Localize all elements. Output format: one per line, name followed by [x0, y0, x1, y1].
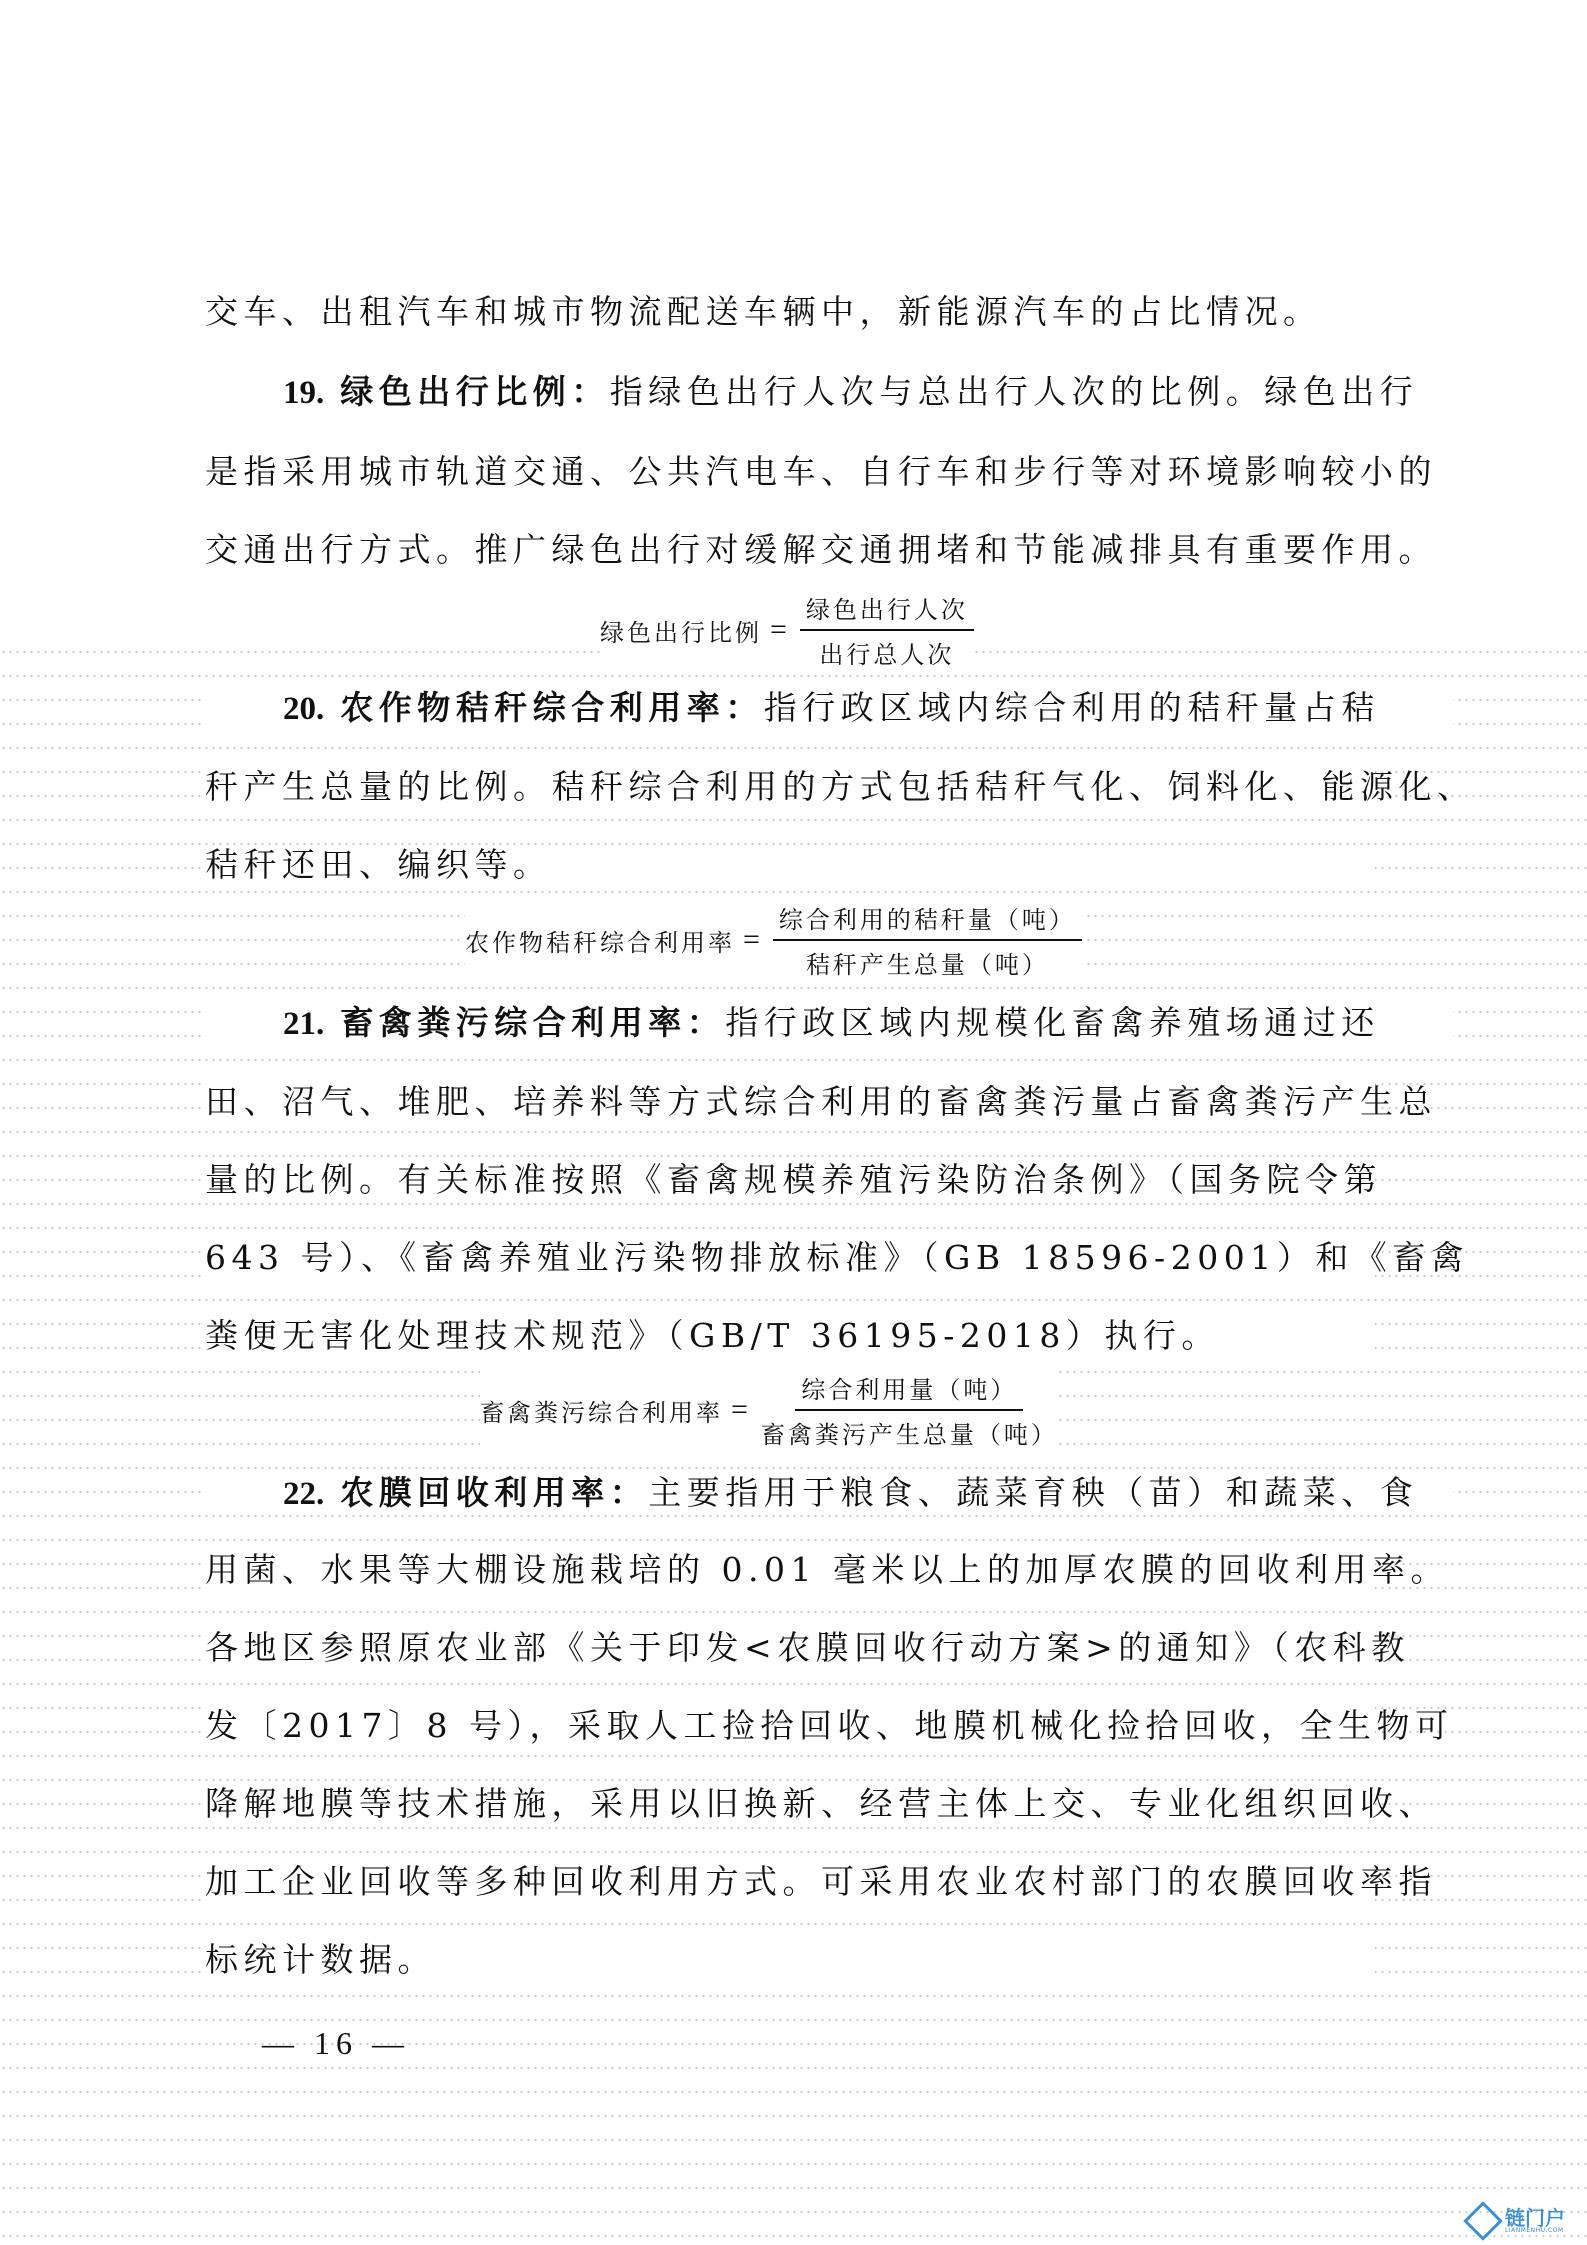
section-number: 19. [283, 375, 324, 411]
section-22-heading-line: 22. 农膜回收利用率：主要指用于粮食、蔬菜育秧（苗）和蔬菜、食 [205, 1473, 1453, 1514]
section-title: 农膜回收利用率： [340, 1473, 648, 1512]
section-number: 21. [283, 1006, 324, 1042]
denominator: 秸秆产生总量（吨） [806, 941, 1049, 980]
paragraph-line: 田、沼气、堆肥、培养料等方式综合利用的畜禽粪污量占畜禽粪污产生总 [205, 1082, 1375, 1122]
numerator: 综合利用量（吨） [795, 1370, 1023, 1411]
formula-manure-utilization: 畜禽粪污综合利用率 = 综合利用量（吨） 畜禽粪污产生总量（吨） [480, 1370, 1058, 1450]
formula-straw-utilization: 农作物秸秆综合利用率 = 综合利用的秸秆量（吨） 秸秆产生总量（吨） [465, 900, 1082, 980]
denominator: 畜禽粪污产生总量（吨） [761, 1411, 1058, 1450]
formula-green-travel: 绿色出行比例 = 绿色出行人次 出行总人次 [600, 590, 974, 670]
paragraph-line: 降解地膜等技术措施，采用以旧换新、经营主体上交、专业化组织回收、 [205, 1784, 1375, 1824]
section-text: 主要指用于粮食、蔬菜育秧（苗）和蔬菜、食 [648, 1473, 1418, 1512]
paragraph-line: 量的比例。有关标准按照《畜禽规模养殖污染防治条例》（国务院令第 [205, 1160, 1375, 1200]
section-title: 农作物秸秆综合利用率： [340, 688, 764, 727]
paragraph-line: 643 号）、《畜禽养殖业污染物排放标准》（GB 18596-2001）和《畜禽 [205, 1238, 1375, 1278]
section-number: 20. [283, 691, 324, 727]
paragraph-line: 秸秆还田、编织等。 [205, 845, 1375, 885]
watermark-logo-icon [1463, 2201, 1503, 2241]
formula-lhs: 畜禽粪污综合利用率 [480, 1393, 723, 1428]
section-title: 畜禽粪污综合利用率： [340, 1003, 725, 1042]
equals-sign: = [770, 613, 790, 647]
paragraph-line: 标统计数据。 [205, 1940, 1375, 1980]
paragraph-line: 各地区参照原农业部《关于印发<农膜回收行动方案>的通知》（农科教 [205, 1628, 1375, 1668]
section-text: 指绿色出行人次与总出行人次的比例。绿色出行 [610, 372, 1419, 411]
paragraph-line: 粪便无害化处理技术规范》（GB/T 36195-2018）执行。 [205, 1316, 1375, 1356]
numerator: 综合利用的秸秆量（吨） [773, 900, 1082, 941]
watermark-en: LIANMENHU.COM [1505, 2228, 1565, 2234]
equals-sign: = [743, 923, 763, 957]
watermark: 链门户 LIANMENHU.COM [1469, 2207, 1565, 2235]
formula-lhs: 绿色出行比例 [600, 613, 762, 648]
denominator: 出行总人次 [819, 631, 954, 670]
paragraph-line: 用菌、水果等大棚设施栽培的 0.01 毫米以上的加厚农膜的回收利用率。 [205, 1550, 1375, 1590]
watermark-cn: 链门户 [1505, 2208, 1565, 2228]
paragraph-line: 秆产生总量的比例。秸秆综合利用的方式包括秸秆气化、饲料化、能源化、 [205, 767, 1375, 807]
paragraph-line: 发〔2017〕8 号），采取人工捡拾回收、地膜机械化捡拾回收，全生物可 [205, 1706, 1375, 1746]
formula-lhs: 农作物秸秆综合利用率 [465, 923, 735, 958]
fraction: 绿色出行人次 出行总人次 [800, 590, 974, 670]
paragraph-line: 交车、出租汽车和城市物流配送车辆中，新能源汽车的占比情况。 [205, 292, 1375, 332]
paragraph-line: 是指采用城市轨道交通、公共汽电车、自行车和步行等对环境影响较小的 [205, 452, 1375, 492]
section-20-heading-line: 20. 农作物秸秆综合利用率：指行政区域内综合利用的秸秆量占秸 [205, 688, 1453, 729]
numerator: 绿色出行人次 [800, 590, 974, 631]
fraction: 综合利用的秸秆量（吨） 秸秆产生总量（吨） [773, 900, 1082, 980]
section-text: 指行政区域内规模化畜禽养殖场通过还 [725, 1003, 1380, 1042]
paragraph-line: 加工企业回收等多种回收利用方式。可采用农业农村部门的农膜回收率指 [205, 1862, 1375, 1902]
paragraph-line: 交通出行方式。推广绿色出行对缓解交通拥堵和节能减排具有重要作用。 [205, 530, 1375, 570]
equals-sign: = [731, 1393, 751, 1427]
section-19-heading-line: 19. 绿色出行比例：指绿色出行人次与总出行人次的比例。绿色出行 [205, 372, 1453, 413]
page-number: — 16 — [262, 2025, 410, 2062]
section-text: 指行政区域内综合利用的秸秆量占秸 [764, 688, 1380, 727]
section-21-heading-line: 21. 畜禽粪污综合利用率：指行政区域内规模化畜禽养殖场通过还 [205, 1003, 1453, 1044]
section-title: 绿色出行比例： [340, 372, 610, 411]
fraction: 综合利用量（吨） 畜禽粪污产生总量（吨） [761, 1370, 1058, 1450]
section-number: 22. [283, 1476, 324, 1512]
